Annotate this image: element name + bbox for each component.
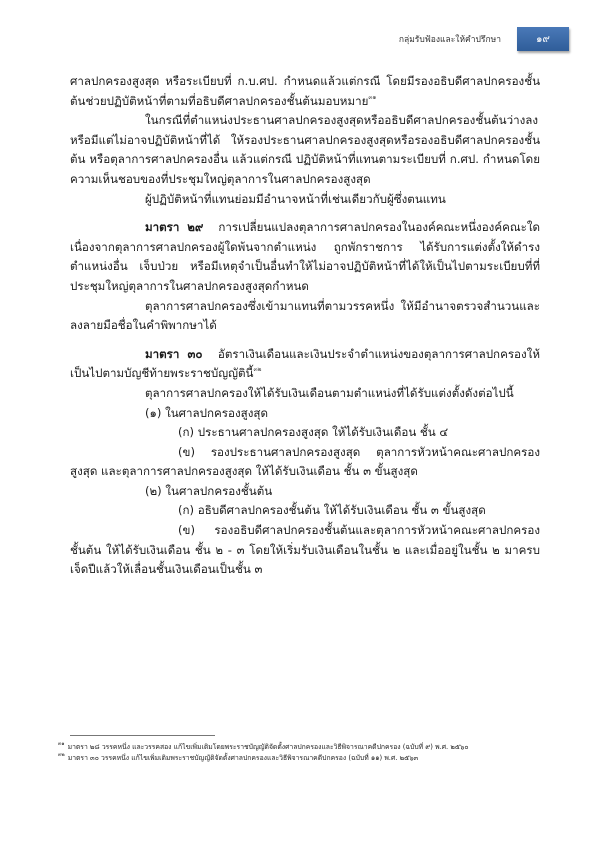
section-label: มาตรา ๓๐ bbox=[145, 347, 202, 361]
list-item-1: (๑) ในศาลปกครองสูงสุด bbox=[70, 404, 540, 424]
header-title: กลุ่มรับฟ้องและให้คำปรึกษา bbox=[399, 32, 501, 46]
list-item-2b: (ข) รองอธิบดีศาลปกครองชั้นต้นและตุลาการห… bbox=[70, 521, 540, 580]
section-text: การเปลี่ยนแปลงตุลาการศาลปกครองในองค์คณะห… bbox=[70, 220, 540, 293]
footnote-text: มาตรา ๓๐ วรรคหนึ่ง แก้ไขเพิ่มเติมพระราชบ… bbox=[68, 754, 418, 762]
list-item-2a: (ก) อธิบดีศาลปกครองชั้นต้น ให้ได้รับเงิน… bbox=[70, 501, 540, 521]
section-30-paragraph-2: ตุลาการศาลปกครองให้ได้รับเงินเดือนตามตำแ… bbox=[70, 384, 540, 404]
document-body: ศาลปกครองสูงสุด หรือระเบียบที่ ก.บ.ศป. ก… bbox=[70, 72, 540, 580]
section-text: อัตราเงินเดือนและเงินประจำตำแหน่งของตุลา… bbox=[70, 347, 540, 381]
section-label: มาตรา ๒๙ bbox=[145, 220, 203, 234]
section-29: มาตรา ๒๙ การเปลี่ยนแปลงตุลาการศาลปกครองใ… bbox=[70, 218, 540, 296]
footnote-divider bbox=[70, 735, 215, 736]
footnote-ref: ๓๑ bbox=[368, 94, 376, 101]
footnote-text: มาตรา ๒๘ วรรคหนึ่ง และวรรคสอง แก้ไขเพิ่ม… bbox=[68, 743, 469, 751]
page-header: กลุ่มรับฟ้องและให้คำปรึกษา ๑๙ bbox=[399, 26, 569, 52]
paragraph-acting-power: ผู้ปฏิบัติหน้าที่แทนย่อมมีอำนาจหน้าที่เช… bbox=[70, 190, 540, 210]
paragraph-continuation: ศาลปกครองสูงสุด หรือระเบียบที่ ก.บ.ศป. ก… bbox=[70, 72, 540, 111]
page-number: ๑๙ bbox=[536, 32, 550, 47]
footnote-item: ๓๑มาตรา ๒๘ วรรคหนึ่ง และวรรคสอง แก้ไขเพิ… bbox=[58, 742, 548, 753]
page-number-badge: ๑๙ bbox=[517, 27, 569, 51]
paragraph-acting-head: ในกรณีที่ตำแหน่งประธานศาลปกครองสูงสุดหรื… bbox=[70, 111, 540, 189]
footnotes: ๓๑มาตรา ๒๘ วรรคหนึ่ง และวรรคสอง แก้ไขเพิ… bbox=[58, 742, 548, 764]
section-30: มาตรา ๓๐ อัตราเงินเดือนและเงินประจำตำแหน… bbox=[70, 345, 540, 384]
footnote-mark: ๓๑ bbox=[58, 741, 65, 747]
footnote-mark: ๓๒ bbox=[58, 752, 65, 758]
section-29-paragraph-2: ตุลาการศาลปกครองซึ่งเข้ามาแทนที่ตามวรรคห… bbox=[70, 297, 540, 336]
footnote-ref: ๓๒ bbox=[253, 366, 261, 373]
list-item-1b: (ข) รองประธานศาลปกครองสูงสุด ตุลาการหัวห… bbox=[70, 443, 540, 482]
list-item-2: (๒) ในศาลปกครองชั้นต้น bbox=[70, 482, 540, 502]
footnote-item: ๓๒มาตรา ๓๐ วรรคหนึ่ง แก้ไขเพิ่มเติมพระรา… bbox=[58, 753, 548, 764]
paragraph-text: ศาลปกครองสูงสุด หรือระเบียบที่ ก.บ.ศป. ก… bbox=[70, 74, 540, 108]
list-item-1a: (ก) ประธานศาลปกครองสูงสุด ให้ได้รับเงินเ… bbox=[70, 423, 540, 443]
